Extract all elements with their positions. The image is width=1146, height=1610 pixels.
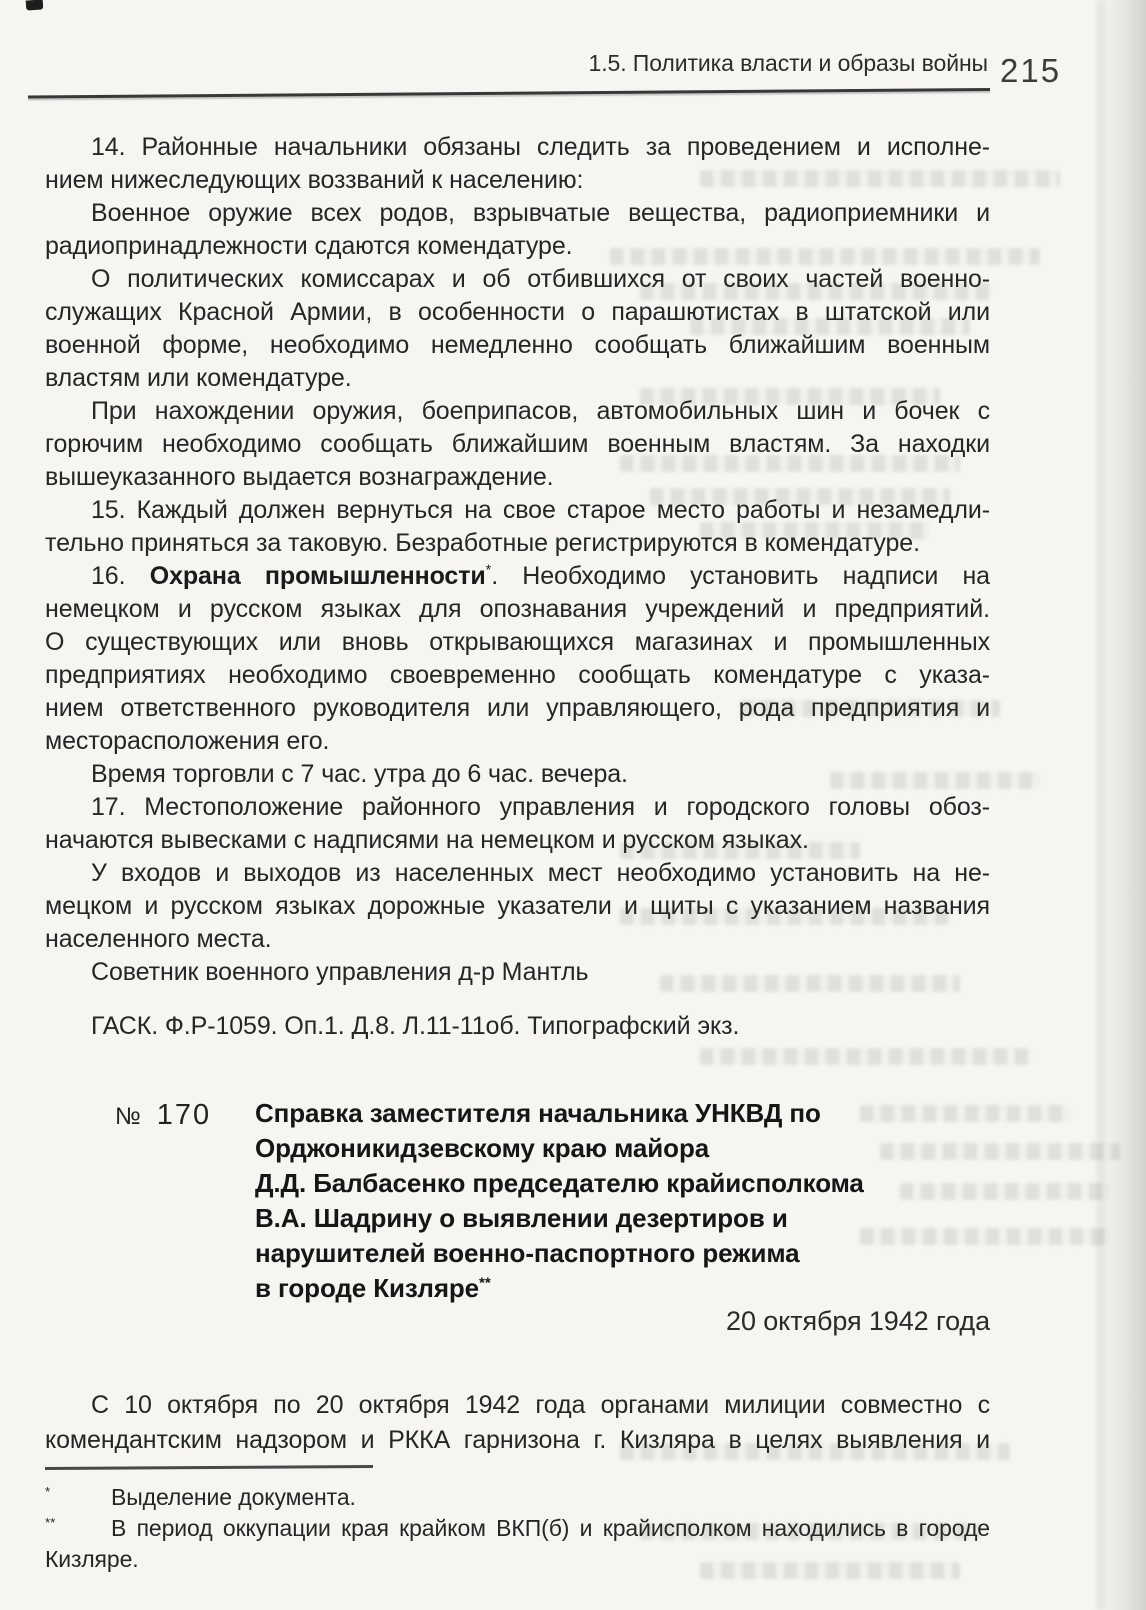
footnote-1-text: Выделение документа.: [111, 1484, 356, 1510]
para-road-signs: У входов и выходов из населенных мест не…: [45, 857, 990, 956]
signature-line: Советник военного управления д-р Мантль: [45, 956, 990, 989]
footnote-separator: [45, 1465, 373, 1470]
document-title: Справка заместителя начальника УНКВД поО…: [255, 1096, 915, 1306]
scan-edge-streak: [1096, 0, 1105, 1610]
document-number: №170: [115, 1099, 211, 1132]
document-title-lines: Справка заместителя начальника УНКВД поО…: [255, 1096, 915, 1271]
footnote-2-line1: **В период оккупации края крайком ВКП(б)…: [45, 1513, 990, 1544]
scanned-page: 1.5. Политика власти и образы войны 215 …: [0, 0, 1146, 1610]
footnote-marker: **: [479, 1274, 491, 1291]
document-date: 20 октября 1942 года: [726, 1306, 990, 1337]
document-text-continued: 14. Районные начальники обязаны следить …: [45, 131, 990, 989]
scan-edge-shadow: [1098, 0, 1146, 1610]
para-found-weapons: При нахождении оружия, боеприпасов, авто…: [45, 395, 990, 494]
numero-sign: №: [115, 1103, 143, 1130]
document-title-last-text: в городе Кизляре: [255, 1273, 479, 1303]
footnote-2-line2: Кизляре.: [45, 1544, 990, 1575]
document-170-heading: №170 Справка заместителя начальника УНКВ…: [115, 1096, 995, 1306]
scan-corner-mark: [26, 0, 44, 11]
document-title-last-line: в городе Кизляре**: [255, 1271, 915, 1306]
footnote-2-text: В период оккупации края крайком ВКП(б) и…: [111, 1515, 990, 1541]
para-item-14: 14. Районные начальники обязаны следить …: [45, 131, 990, 197]
para-weapons-surrender: Военное оружие всех родов, взрывчатые ве…: [45, 197, 990, 263]
para-16-bold-heading: Охрана промышленности: [150, 562, 486, 590]
running-header-title: 1.5. Политика власти и образы войны: [589, 50, 988, 77]
page-number: 215: [1000, 52, 1061, 90]
footnote-1: *Выделение документа.: [45, 1482, 990, 1513]
archive-reference: ГАСК. Ф.Р-1059. Оп.1. Д.8. Л.11-11об. Ти…: [45, 1012, 990, 1041]
document-170-body: С 10 октября по 20 октября 1942 года орг…: [45, 1388, 990, 1458]
para-item-16: 16. Охрана промышленности*. Необходимо у…: [45, 560, 990, 758]
para-item-17: 17. Местоположение районного управления …: [45, 791, 990, 857]
para-16-lines: немецком и русском языках для опознавани…: [45, 593, 990, 758]
header-rule: [28, 88, 990, 99]
bleedthrough-mark: [700, 1048, 1030, 1065]
para-trading-hours: Время торговли с 7 час. утра до 6 час. в…: [45, 758, 990, 791]
para-item-15: 15. Каждый должен вернуться на свое стар…: [45, 494, 990, 560]
para-16-rest: . Необходимо установить надписи на: [491, 562, 990, 590]
para-16-number: 16.: [91, 562, 150, 590]
para-16-first-line: 16. Охрана промышленности*. Необходимо у…: [45, 560, 990, 593]
footnotes: *Выделение документа. **В период оккупац…: [45, 1482, 990, 1575]
para-commissars: О политических комиссарах и об отбившихс…: [45, 263, 990, 395]
document-number-value: 170: [157, 1099, 211, 1131]
